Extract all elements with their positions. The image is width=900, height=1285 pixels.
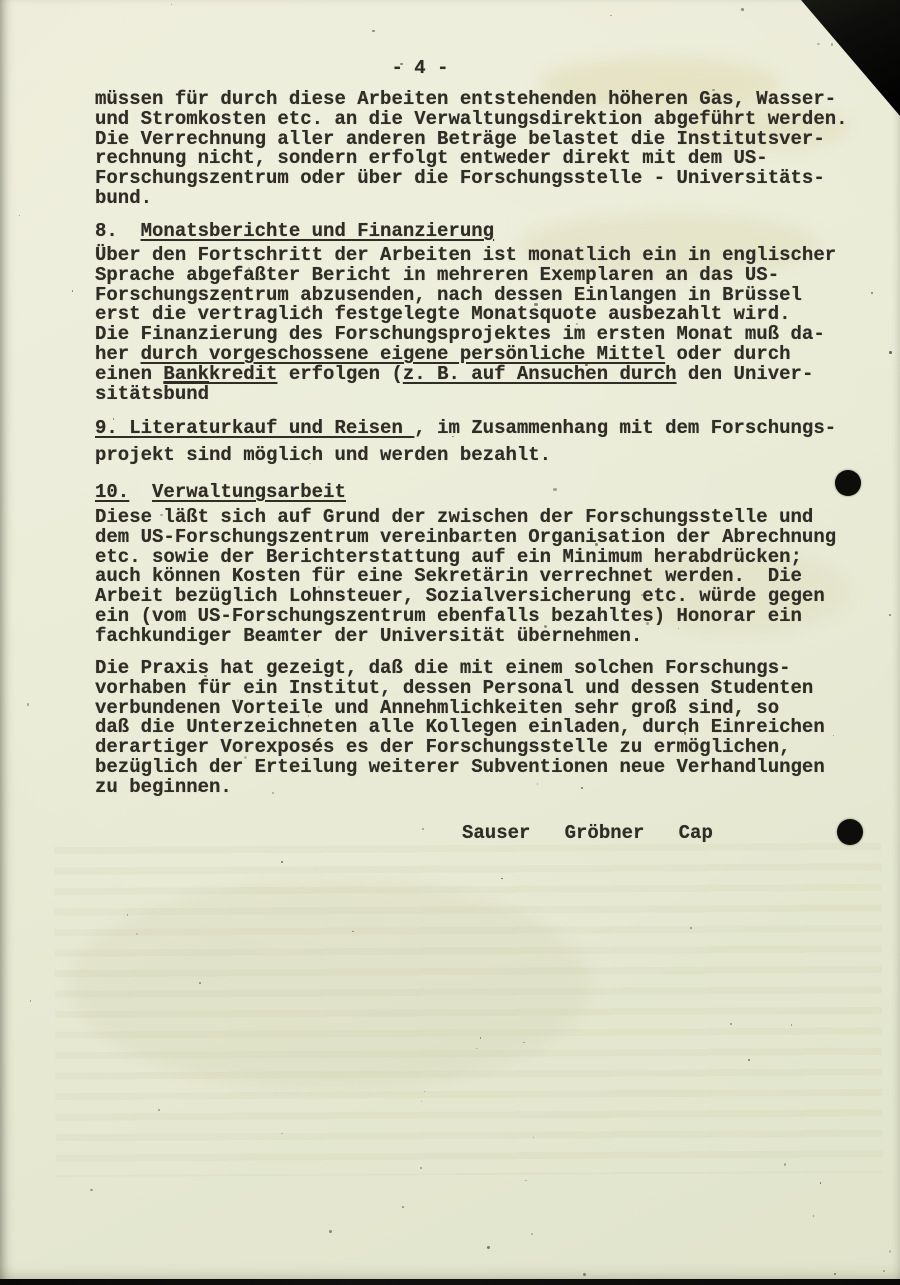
text-layer: - 4 - müssen für durch diese Arbeiten en… [0,0,900,1285]
section-9-heading: 9. Literaturkauf und Reisen , im Zusamme… [95,419,836,439]
text-line: 10. Verwaltungsarbeit [95,483,346,503]
text-line: bund. [95,189,848,209]
text-line: 8. Monatsberichte und Finanzierung [95,222,494,242]
section-9-continuation: projekt sind möglich und werden bezahlt. [95,446,551,466]
text-line: fachkundiger Beamter der Universität übe… [95,627,836,647]
section-8-paragraph: Über den Fortschritt der Arbeiten ist mo… [95,246,836,404]
closing-paragraph: Die Praxis hat gezeigt, daß die mit eine… [95,659,825,798]
scan-edge-bottom-black [0,1279,900,1285]
text-line: 9. Literaturkauf und Reisen , im Zusamme… [95,419,836,439]
text-line: Forschungszentrum oder über die Forschun… [95,169,848,189]
section-10-paragraph: Diese läßt sich auf Grund der zwischen d… [95,508,836,647]
page-number: - 4 - [0,57,840,79]
hole-punch-top [835,470,861,496]
section-8-heading: 8. Monatsberichte und Finanzierung [95,222,494,242]
intro-paragraph: müssen für durch diese Arbeiten entstehe… [95,90,848,209]
text-line: sitätsbund [95,385,836,405]
hole-punch-bottom [837,819,863,845]
text-line: zu beginnen. [95,778,825,798]
signature-line: Sauser Gröbner Cap [462,822,713,844]
section-10-heading: 10. Verwaltungsarbeit [95,483,346,503]
scanned-document-page: - 4 - müssen für durch diese Arbeiten en… [0,0,900,1285]
text-line: projekt sind möglich und werden bezahlt. [95,446,551,466]
